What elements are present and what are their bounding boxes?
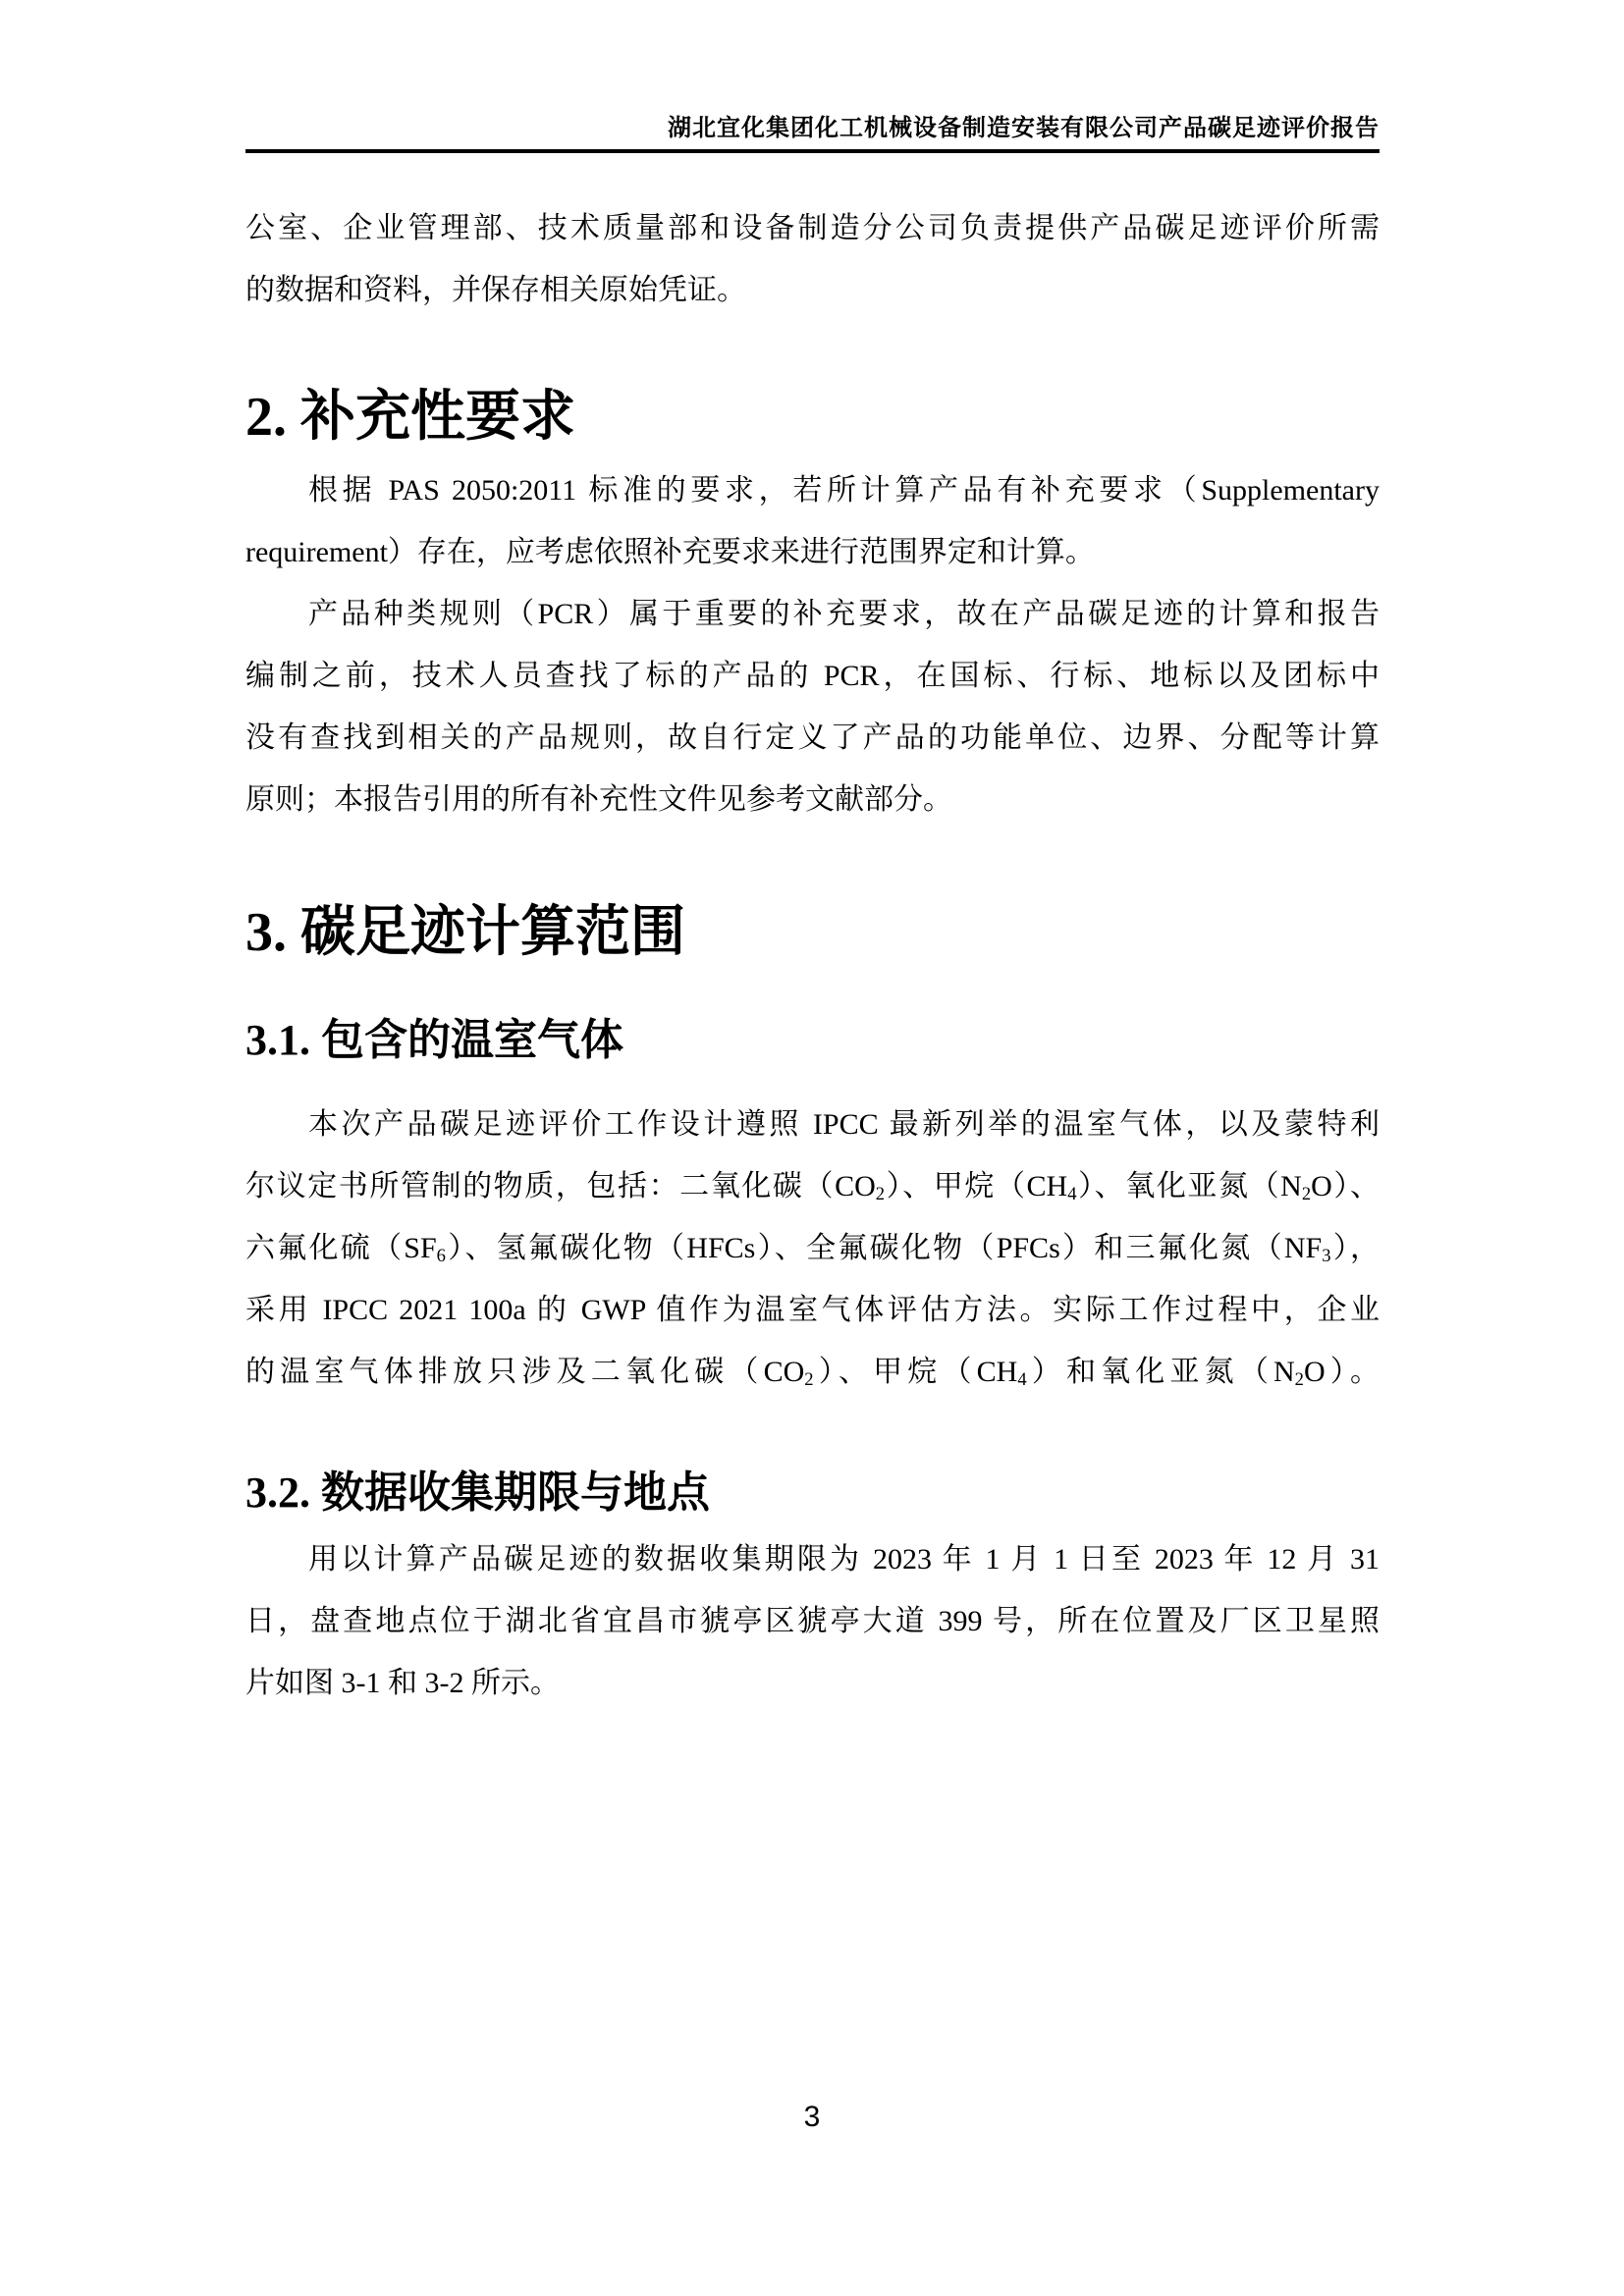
text-line: requirement）存在，应考虑依照补充要求来进行范围界定和计算。 — [245, 521, 1380, 583]
document-page: 湖北宜化集团化工机械设备制造安装有限公司产品碳足迹评价报告 公室、企业管理部、技… — [0, 0, 1624, 2296]
text-line: 的数据和资料，并保存相关原始凭证。 — [245, 259, 1380, 321]
paragraph-greenhouse-gases: 本次产品碳足迹评价工作设计遵照 IPCC 最新列举的温室气体，以及蒙特利尔议定书… — [245, 1094, 1380, 1403]
text-line: 没有查找到相关的产品规则，故自行定义了产品的功能单位、边界、分配等计算 — [245, 707, 1380, 769]
text-line: 公室、企业管理部、技术质量部和设备制造分公司负责提供产品碳足迹评价所需 — [245, 197, 1380, 259]
text-line: 六氟化硫（SF6）、氢氟碳化物（HFCs）、全氟碳化物（PFCs）和三氟化氮（N… — [245, 1217, 1380, 1279]
text-line: 根据 PAS 2050:2011 标准的要求，若所计算产品有补充要求（Suppl… — [245, 459, 1380, 521]
text-line: 本次产品碳足迹评价工作设计遵照 IPCC 最新列举的温室气体，以及蒙特利 — [245, 1094, 1380, 1155]
text-line: 编制之前，技术人员查找了标的产品的 PCR，在国标、行标、地标以及团标中 — [245, 645, 1380, 707]
section-3-2-heading: 3.2. 数据收集期限与地点 — [245, 1467, 1380, 1520]
page-header-title: 湖北宜化集团化工机械设备制造安装有限公司产品碳足迹评价报告 — [668, 114, 1380, 143]
text-line: 尔议定书所管制的物质，包括：二氧化碳（CO2）、甲烷（CH4）、氧化亚氮（N2O… — [245, 1155, 1380, 1217]
paragraph-continued: 公室、企业管理部、技术质量部和设备制造分公司负责提供产品碳足迹评价所需的数据和资… — [245, 197, 1380, 321]
text-line: 原则；本报告引用的所有补充性文件见参考文献部分。 — [245, 769, 1380, 830]
paragraph-data-collection: 用以计算产品碳足迹的数据收集期限为 2023 年 1 月 1 日至 2023 年… — [245, 1528, 1380, 1714]
text-line: 日，盘查地点位于湖北省宜昌市猇亭区猇亭大道 399 号，所在位置及厂区卫星照 — [245, 1590, 1380, 1652]
section-2-heading: 2. 补充性要求 — [245, 383, 1380, 452]
text-line: 产品种类规则（PCR）属于重要的补充要求，故在产品碳足迹的计算和报告 — [245, 583, 1380, 645]
text-line: 的温室气体排放只涉及二氧化碳（CO2）、甲烷（CH4）和氧化亚氮（N2O）。 — [245, 1341, 1380, 1403]
text-line: 片如图 3-1 和 3-2 所示。 — [245, 1652, 1380, 1714]
page-number: 3 — [0, 2101, 1624, 2134]
header-rule — [245, 149, 1380, 153]
section-3-heading: 3. 碳足迹计算范围 — [245, 898, 1380, 967]
paragraph-supplementary-2: 产品种类规则（PCR）属于重要的补充要求，故在产品碳足迹的计算和报告编制之前，技… — [245, 583, 1380, 830]
text-line: 采用 IPCC 2021 100a 的 GWP 值作为温室气体评估方法。实际工作… — [245, 1279, 1380, 1341]
paragraph-supplementary-1: 根据 PAS 2050:2011 标准的要求，若所计算产品有补充要求（Suppl… — [245, 459, 1380, 583]
text-line: 用以计算产品碳足迹的数据收集期限为 2023 年 1 月 1 日至 2023 年… — [245, 1528, 1380, 1590]
section-3-1-heading: 3.1. 包含的温室气体 — [245, 1014, 1380, 1067]
